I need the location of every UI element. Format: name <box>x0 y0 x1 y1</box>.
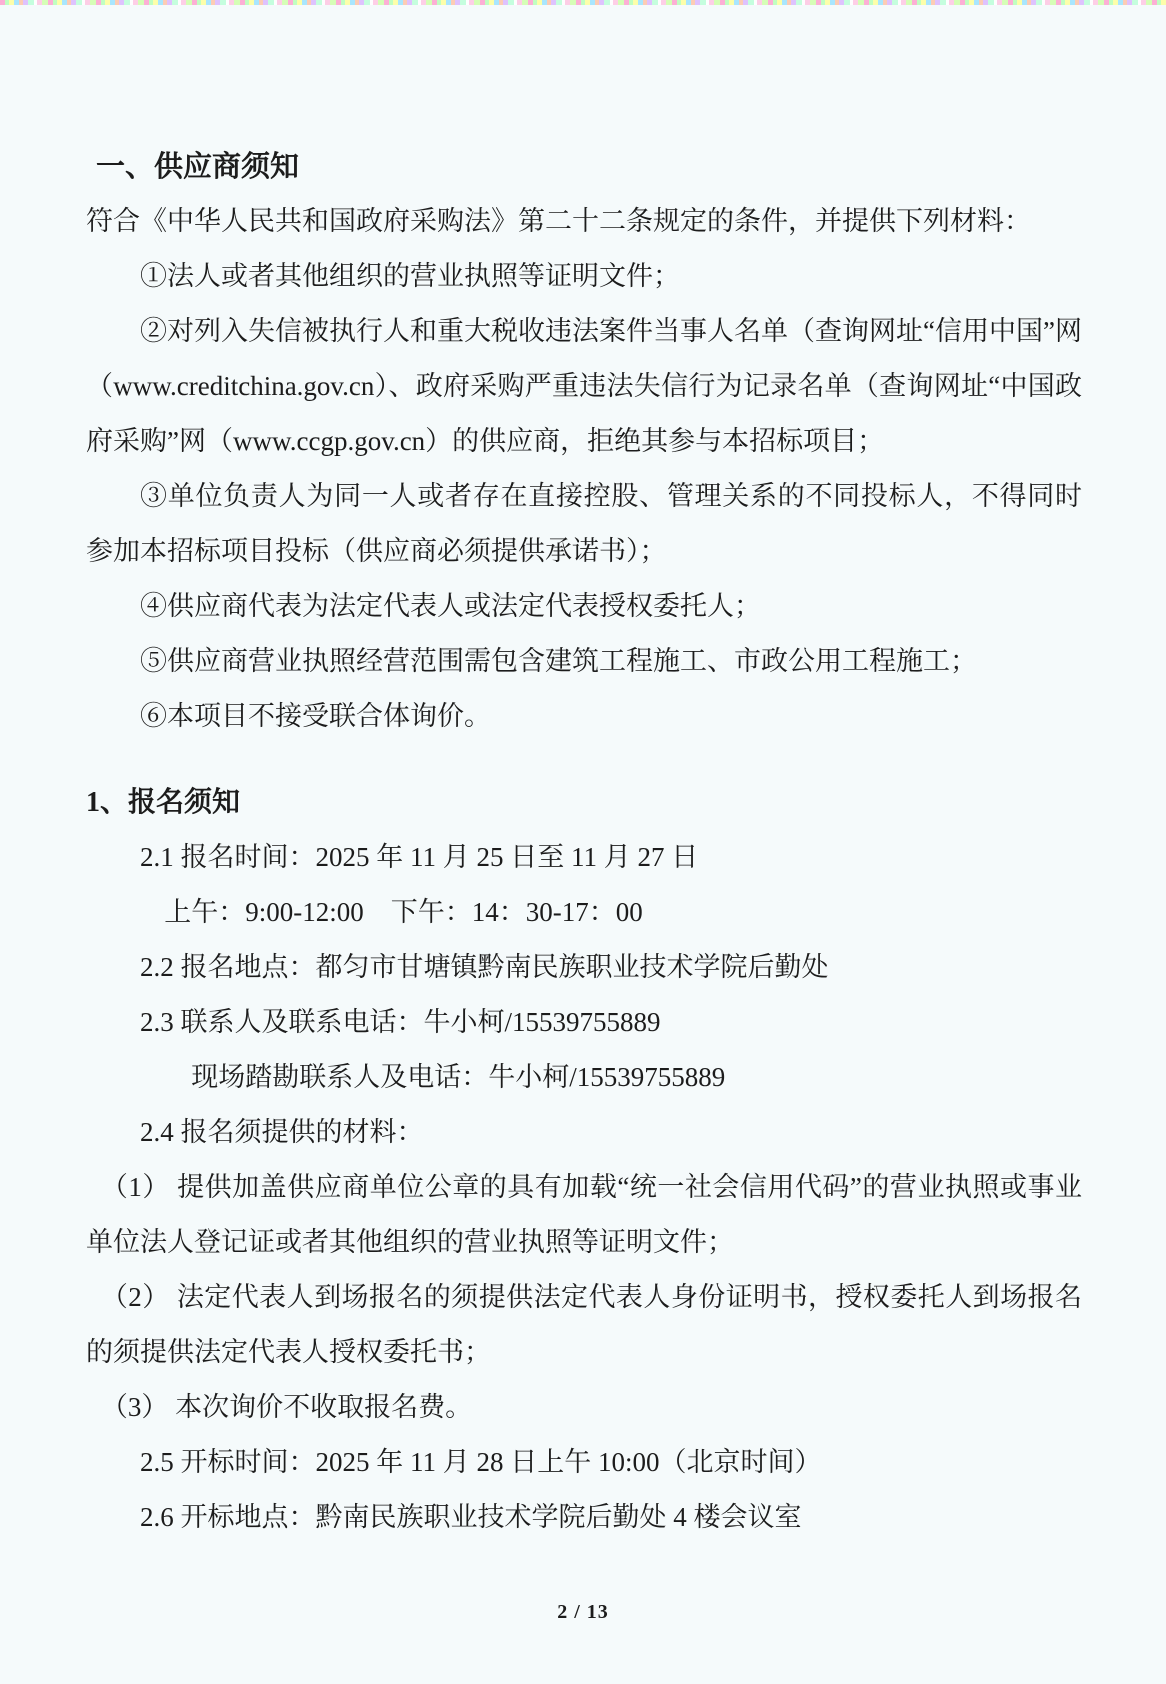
registration-time: 2.1 报名时间：2025 年 11 月 25 日至 11 月 27 日 <box>86 830 1082 885</box>
page-number: 2 / 13 <box>0 1601 1166 1624</box>
materials-heading: 2.4 报名须提供的材料： <box>86 1105 1082 1160</box>
section-heading-registration-notice: 1、报名须知 <box>86 782 1082 824</box>
supplier-condition-3: ③单位负责人为同一人或者存在直接控股、管理关系的不同投标人，不得同时参加本招标项… <box>86 469 1082 579</box>
supplier-condition-4: ④供应商代表为法定代表人或法定代表授权委托人； <box>86 579 1082 634</box>
material-item-2: （2） 法定代表人到场报名的须提供法定代表人身份证明书，授权委托人到场报名的须提… <box>86 1270 1082 1380</box>
bid-opening-time: 2.5 开标时间：2025 年 11 月 28 日上午 10:00（北京时间） <box>86 1435 1082 1490</box>
contact-info: 2.3 联系人及联系电话：牛小柯/15539755889 <box>86 995 1082 1050</box>
registration-place: 2.2 报名地点：都匀市甘塘镇黔南民族职业技术学院后勤处 <box>86 940 1082 995</box>
supplier-condition-6: ⑥本项目不接受联合体询价。 <box>86 689 1082 744</box>
supplier-condition-2: ②对列入失信被执行人和重大税收违法案件当事人名单（查询网址“信用中国”网（www… <box>86 304 1082 469</box>
intro-text: 符合《中华人民共和国政府采购法》第二十二条规定的条件，并提供下列材料： <box>86 194 1082 249</box>
supplier-condition-5: ⑤供应商营业执照经营范围需包含建筑工程施工、市政公用工程施工； <box>86 634 1082 689</box>
supplier-condition-1: ①法人或者其他组织的营业执照等证明文件； <box>86 249 1082 304</box>
site-survey-contact: 现场踏勘联系人及电话：牛小柯/15539755889 <box>86 1050 1082 1105</box>
bid-opening-place: 2.6 开标地点：黔南民族职业技术学院后勤处 4 楼会议室 <box>86 1490 1082 1545</box>
registration-hours: 上午：9:00-12:00 下午：14：30-17：00 <box>86 885 1082 940</box>
material-item-3: （3） 本次询价不收取报名费。 <box>86 1380 1082 1435</box>
scan-noise-strip <box>0 0 1166 5</box>
section-heading-supplier-notice: 一、供应商须知 <box>96 146 1082 188</box>
material-item-1: （1） 提供加盖供应商单位公章的具有加载“统一社会信用代码”的营业执照或事业单位… <box>86 1160 1082 1270</box>
document-page: 一、供应商须知 符合《中华人民共和国政府采购法》第二十二条规定的条件，并提供下列… <box>0 0 1166 1545</box>
